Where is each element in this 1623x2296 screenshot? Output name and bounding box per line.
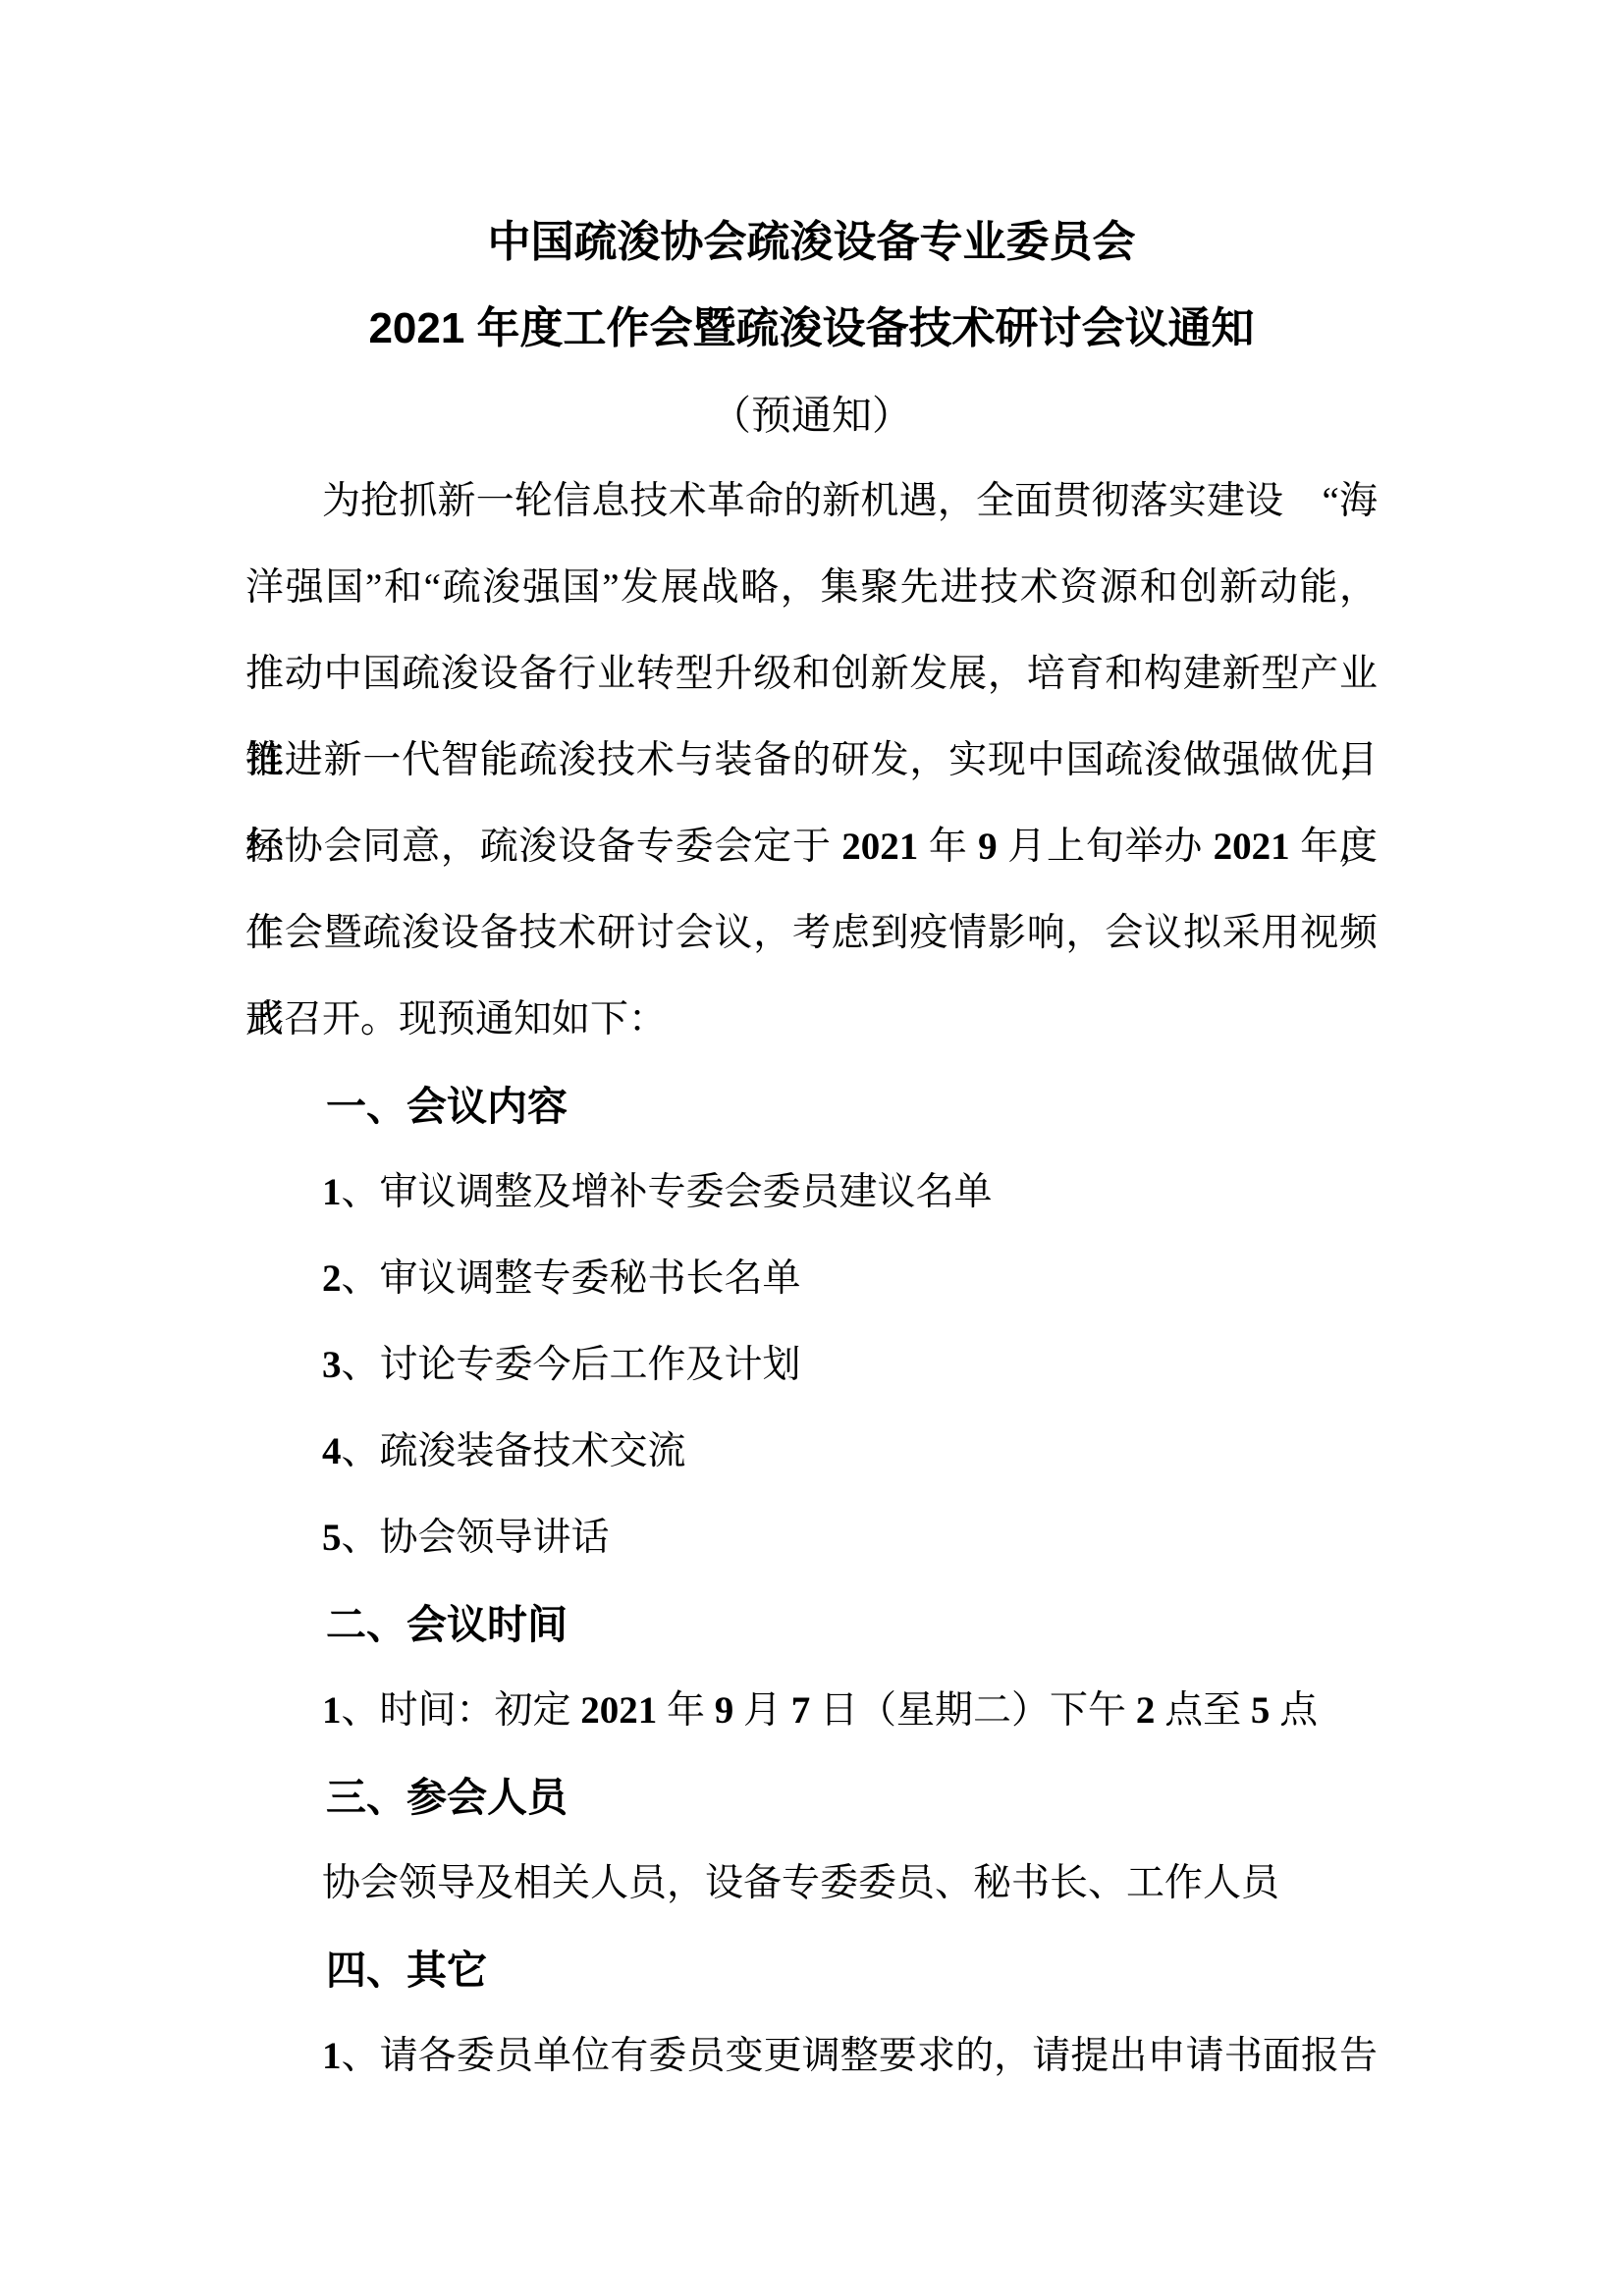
list-item: 3、讨论专委今后工作及计划 bbox=[245, 1322, 1378, 1409]
bold-number: 1 bbox=[322, 2035, 342, 2077]
bold-number: 9 bbox=[978, 826, 998, 868]
section-heading: 一、会议内容 bbox=[245, 1063, 1378, 1149]
section-heading: 二、会议时间 bbox=[245, 1581, 1378, 1668]
bold-number: 4 bbox=[322, 1430, 342, 1472]
body-line: 推动中国疏浚设备行业转型升级和创新发展，培育和构建新型产业链， bbox=[245, 631, 1378, 718]
body-line: 经协会同意，疏浚设备专委会定于 2021 年 9 月上旬举办 2021 年度工 bbox=[245, 804, 1378, 890]
title-line: 2021 年度工作会暨疏浚设备技术研讨会议通知 bbox=[245, 286, 1378, 372]
list-item: 4、疏浚装备技术交流 bbox=[245, 1409, 1378, 1495]
bold-number: 1 bbox=[322, 1171, 342, 1213]
bold-number: 5 bbox=[1251, 1689, 1271, 1732]
bold-number: 2021 bbox=[1214, 826, 1290, 868]
bold-number: 9 bbox=[715, 1689, 734, 1732]
title-line: 中国疏浚协会疏浚设备专业委员会 bbox=[245, 199, 1378, 286]
list-item: 2、审议调整专委秘书长名单 bbox=[245, 1236, 1378, 1322]
body-line: 洋强国”和“疏浚强国”发展战略，集聚先进技术资源和创新动能， bbox=[245, 545, 1378, 631]
body-line: 为抢抓新一轮信息技术革命的新机遇，全面贯彻落实建设 “海 bbox=[245, 458, 1378, 545]
body-line: 协会领导及相关人员，设备专委委员、秘书长、工作人员 bbox=[245, 1841, 1378, 1927]
list-item: 1、时间：初定 2021 年 9 月 7 日（星期二）下午 2 点至 5 点 bbox=[245, 1668, 1378, 1754]
subtitle-line: （预通知） bbox=[245, 372, 1378, 458]
bold-number: 7 bbox=[791, 1689, 811, 1732]
body-line: 作会暨疏浚设备技术研讨会议，考虑到疫情影响，会议拟采用视频形 bbox=[245, 890, 1378, 977]
body-line: 推进新一代智能疏浚技术与装备的研发，实现中国疏浚做强做优目标， bbox=[245, 718, 1378, 804]
bold-number: 2021 bbox=[580, 1689, 657, 1732]
bold-number: 2 bbox=[322, 1257, 342, 1300]
bold-number: 1 bbox=[322, 1689, 342, 1732]
bold-number: 2021 bbox=[841, 826, 918, 868]
list-item: 1、审议调整及增补专委会委员建议名单 bbox=[245, 1149, 1378, 1236]
body-line: 式召开。现预通知如下： bbox=[245, 977, 1378, 1063]
document-page: 中国疏浚协会疏浚设备专业委员会2021 年度工作会暨疏浚设备技术研讨会议通知（预… bbox=[0, 0, 1623, 2296]
bold-number: 2 bbox=[1136, 1689, 1156, 1732]
list-item: 1、请各委员单位有委员变更调整要求的，请提出申请书面报告 bbox=[245, 2013, 1378, 2100]
list-item: 5、协会领导讲话 bbox=[245, 1495, 1378, 1581]
bold-number: 5 bbox=[322, 1517, 342, 1559]
bold-number: 3 bbox=[322, 1344, 342, 1386]
section-heading: 三、参会人员 bbox=[245, 1754, 1378, 1841]
section-heading: 四、其它 bbox=[245, 1927, 1378, 2013]
meeting-notice-document: 中国疏浚协会疏浚设备专业委员会2021 年度工作会暨疏浚设备技术研讨会议通知（预… bbox=[245, 199, 1378, 2100]
